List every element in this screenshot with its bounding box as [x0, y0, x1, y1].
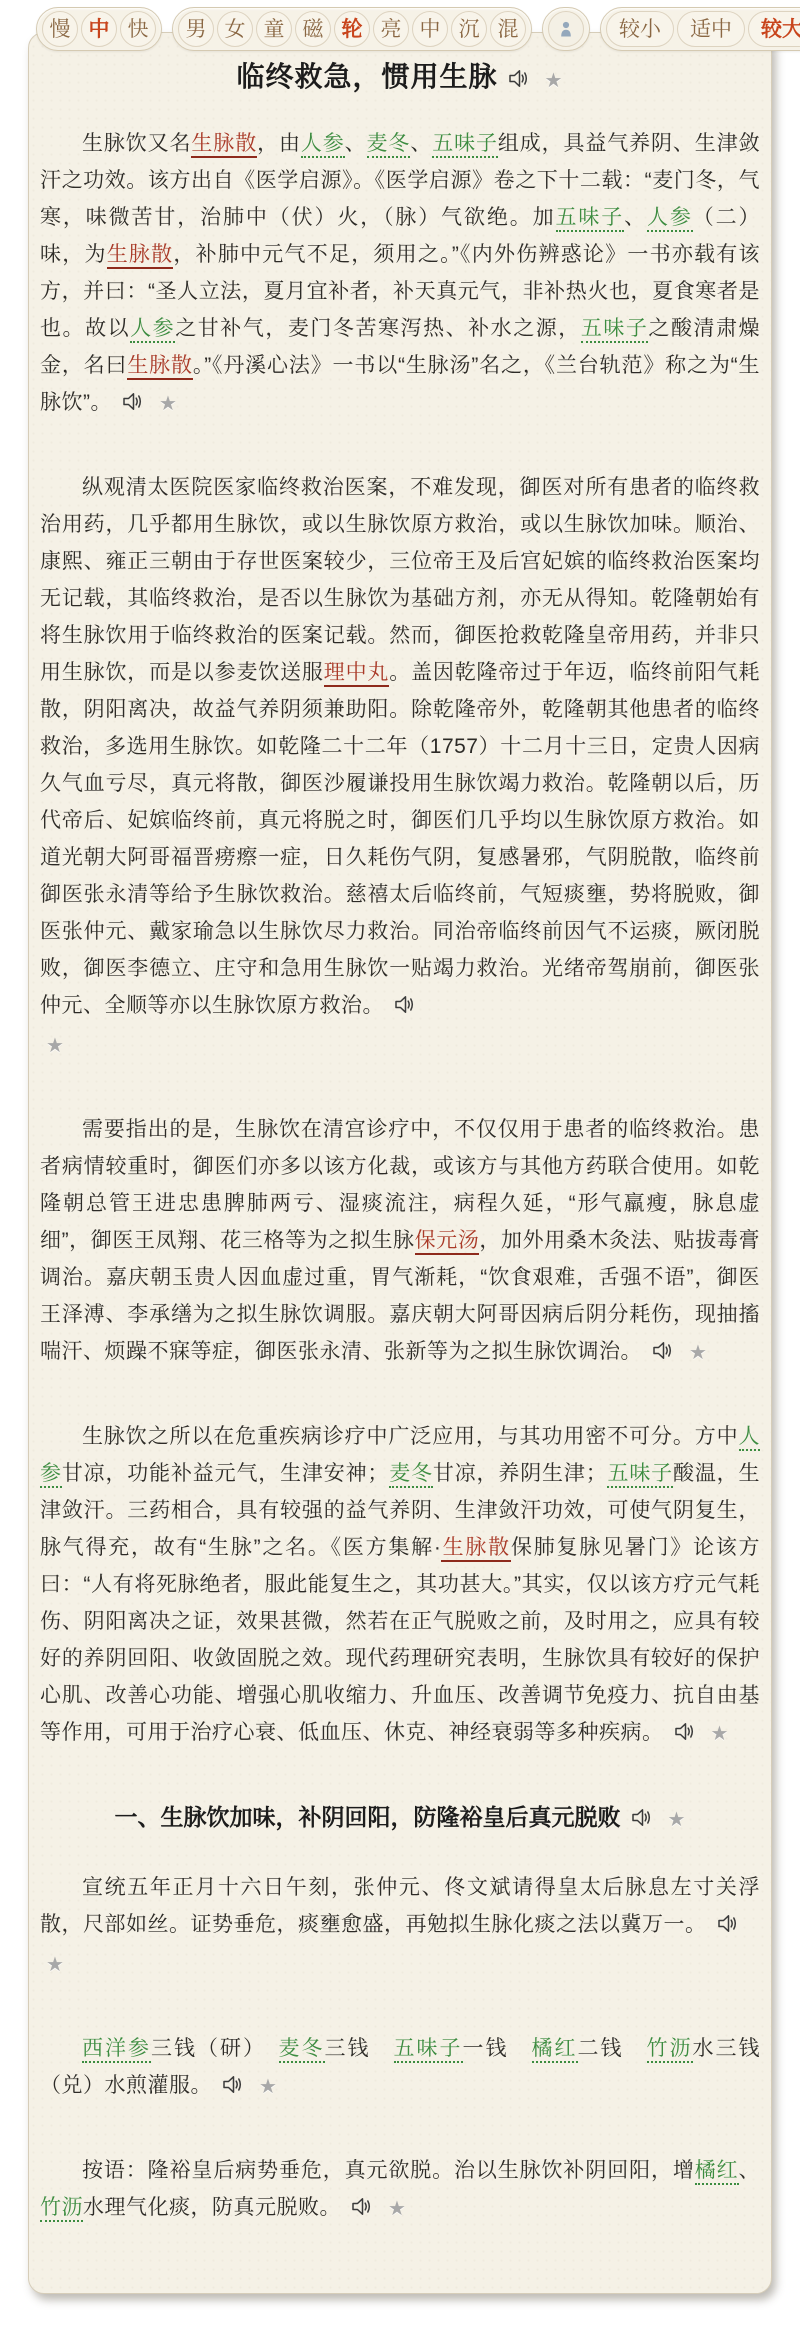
- speaker-icon[interactable]: [717, 1908, 738, 1945]
- person-icon[interactable]: [548, 11, 584, 47]
- text-run: 二钱: [578, 2037, 647, 2060]
- linked-term-green[interactable]: 五味子: [581, 317, 649, 343]
- toolbar-voice-option[interactable]: 沉: [451, 11, 487, 47]
- text-run: 、: [410, 132, 432, 155]
- text-run: 纵观清太医院医家临终救治医案，不难发现，御医对所有患者的临终救治用药，几乎都用生…: [40, 476, 760, 684]
- linked-term-red[interactable]: 理中丸: [324, 661, 389, 687]
- text-run: 甘凉，养阴生津；: [433, 1462, 607, 1485]
- toolbar-group-persona: [542, 7, 590, 51]
- text-run: 之甘补气，麦门冬苦寒泻热、补水之源，: [175, 317, 581, 340]
- text-run: 保肺复脉见暑门》论该方曰：“人有将死脉绝者，服此能复生之，其功甚大。”其实，仅以…: [40, 1536, 760, 1744]
- text-run: 三钱: [325, 2037, 394, 2060]
- speaker-icon[interactable]: [222, 2069, 243, 2106]
- linked-term-green[interactable]: 西洋参: [82, 2037, 151, 2063]
- toolbar-font-size-option[interactable]: 适中: [677, 11, 745, 47]
- linked-term-red[interactable]: 生脉散: [127, 354, 193, 380]
- toolbar-voice-option[interactable]: 混: [490, 11, 526, 47]
- linked-term-green[interactable]: 五味子: [394, 2037, 463, 2063]
- linked-term-green[interactable]: 竹沥: [647, 2037, 693, 2063]
- linked-term-green[interactable]: 橘红: [695, 2159, 739, 2185]
- text-run: 一钱: [463, 2037, 532, 2060]
- text-run: 三钱（研）: [151, 2037, 279, 2060]
- toolbar-voice-option[interactable]: 中: [412, 11, 448, 47]
- linked-term-red[interactable]: 生脉散: [441, 1536, 511, 1562]
- paragraph: 需要指出的是，生脉饮在清宫诊疗中，不仅仅用于患者的临终救治。患者病情较重时，御医…: [40, 1111, 760, 1372]
- text-run: 生脉饮又名: [82, 132, 191, 155]
- paragraph: 纵观清太医院医家临终救治医案，不难发现，御医对所有患者的临终救治用药，几乎都用生…: [40, 469, 760, 1065]
- linked-term-green[interactable]: 人参: [130, 317, 175, 343]
- text-run: 、: [739, 2159, 761, 2182]
- linked-term-green[interactable]: 橘红: [532, 2037, 578, 2063]
- text-run: 临终救急，惯用生脉: [237, 61, 498, 92]
- text-run: 、: [345, 132, 367, 155]
- paragraph: 生脉饮又名生脉散，由人参、麦冬、五味子组成，具益气养阴、生津敛汗之功效。该方出自…: [40, 125, 760, 423]
- speaker-icon[interactable]: [122, 386, 143, 423]
- toolbar-group-speed: 慢中快: [36, 7, 162, 51]
- linked-term-green[interactable]: 麦冬: [367, 132, 411, 158]
- toolbar-voice-option[interactable]: 男: [178, 11, 214, 47]
- text-run: 、: [624, 206, 647, 229]
- toolbar-voice-option[interactable]: 女: [217, 11, 253, 47]
- star-icon[interactable]: ★: [159, 386, 177, 423]
- linked-term-green[interactable]: 麦冬: [389, 1462, 433, 1488]
- toolbar-speed-option[interactable]: 慢: [42, 11, 78, 47]
- toolbar-group-voice: 男女童磁轮亮中沉混: [172, 7, 532, 51]
- linked-term-green[interactable]: 竹沥: [40, 2196, 83, 2222]
- linked-term-red[interactable]: 生脉散: [191, 132, 257, 158]
- star-icon[interactable]: ★: [46, 1947, 760, 1984]
- paragraph: 按语：隆裕皇后病势垂危，真元欲脱。治以生脉饮补阴回阳，增橘红、竹沥水理气化痰，防…: [40, 2152, 760, 2228]
- star-icon[interactable]: ★: [46, 1028, 760, 1065]
- star-icon[interactable]: ★: [711, 1716, 729, 1753]
- article-body: 临终救急，惯用生脉★生脉饮又名生脉散，由人参、麦冬、五味子组成，具益气养阴、生津…: [40, 55, 760, 2228]
- text-run: 生脉饮之所以在危重疾病诊疗中广泛应用，与其功用密不可分。方中: [82, 1425, 739, 1448]
- paragraph: 宣统五年正月十六日午刻，张仲元、佟文斌请得皇太后脉息左寸关浮散，尺部如丝。证势垂…: [40, 1869, 760, 1984]
- star-icon[interactable]: ★: [689, 1335, 707, 1372]
- star-icon[interactable]: ★: [259, 2069, 277, 2106]
- toolbar-font-size-option[interactable]: 较小: [606, 11, 674, 47]
- star-icon[interactable]: ★: [388, 2191, 406, 2228]
- toolbar-font-size-option[interactable]: 较大: [748, 11, 800, 47]
- paragraph: 生脉饮之所以在危重疾病诊疗中广泛应用，与其功用密不可分。方中人参甘凉，功能补益元…: [40, 1418, 760, 1753]
- reader-page-card: 临终救急，惯用生脉★生脉饮又名生脉散，由人参、麦冬、五味子组成，具益气养阴、生津…: [28, 32, 772, 2294]
- toolbar-speed-option[interactable]: 中: [81, 11, 117, 47]
- linked-term-red[interactable]: 保元汤: [415, 1229, 480, 1255]
- star-icon[interactable]: ★: [545, 68, 564, 93]
- linked-term-green[interactable]: 五味子: [432, 132, 498, 158]
- toolbar: 慢中快男女童磁轮亮中沉混较小适中较大很大: [36, 7, 800, 51]
- linked-term-green[interactable]: 麦冬: [279, 2037, 325, 2063]
- linked-term-green[interactable]: 人参: [301, 132, 345, 158]
- text-run: 一、生脉饮加味，补阴回阳，防隆裕皇后真元脱败: [115, 1804, 621, 1830]
- toolbar-speed-option[interactable]: 快: [120, 11, 156, 47]
- speaker-icon[interactable]: [674, 1716, 695, 1753]
- text-run: 。盖因乾隆帝过于年迈，临终前阳气耗散，阴阳离决，故益气养阴须兼助阳。除乾隆帝外，…: [40, 661, 760, 1017]
- toolbar-voice-option[interactable]: 童: [256, 11, 292, 47]
- linked-term-green[interactable]: 人参: [647, 206, 693, 232]
- text-run: 宣统五年正月十六日午刻，张仲元、佟文斌请得皇太后脉息左寸关浮散，尺部如丝。证势垂…: [40, 1876, 760, 1936]
- speaker-icon[interactable]: [652, 1335, 673, 1372]
- linked-term-green[interactable]: 五味子: [607, 1462, 673, 1488]
- speaker-icon[interactable]: [394, 989, 415, 1026]
- toolbar-voice-option[interactable]: 亮: [373, 11, 409, 47]
- speaker-icon[interactable]: [508, 63, 529, 95]
- section-heading: 一、生脉饮加味，补阴回阳，防隆裕皇后真元脱败★: [40, 1799, 760, 1833]
- article-title: 临终救急，惯用生脉★: [40, 55, 760, 95]
- linked-term-red[interactable]: 生脉散: [107, 243, 174, 269]
- text-run: 按语：隆裕皇后病势垂危，真元欲脱。治以生脉饮补阴回阳，增: [82, 2159, 695, 2182]
- toolbar-voice-option[interactable]: 磁: [295, 11, 331, 47]
- linked-term-green[interactable]: 五味子: [556, 206, 625, 232]
- paragraph: 西洋参三钱（研） 麦冬三钱 五味子一钱 橘红二钱 竹沥水三钱（兑）水煎灌服。★: [40, 2030, 760, 2106]
- speaker-icon[interactable]: [351, 2191, 372, 2228]
- speaker-icon[interactable]: [631, 1806, 652, 1833]
- text-run: ，由: [257, 132, 301, 155]
- text-run: 水理气化痰，防真元脱败。: [83, 2196, 341, 2219]
- toolbar-group-font-size: 较小适中较大很大: [600, 7, 800, 51]
- toolbar-voice-option[interactable]: 轮: [334, 11, 370, 47]
- star-icon[interactable]: ★: [668, 1807, 686, 1832]
- text-run: 甘凉，功能补益元气，生津安神；: [62, 1462, 389, 1485]
